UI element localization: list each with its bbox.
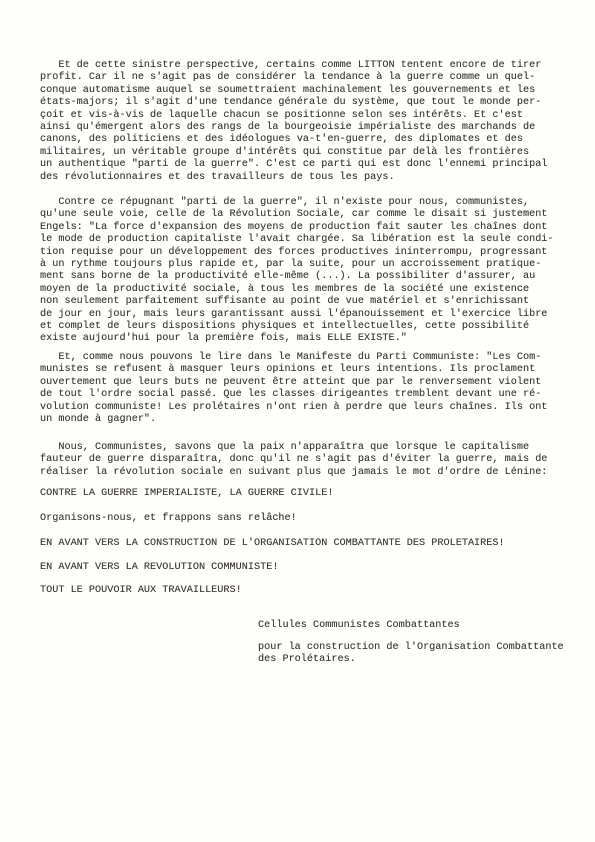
slogan-communist-revolution: EN AVANT VERS LA REVOLUTION COMMUNISTE! — [40, 562, 278, 574]
paragraph-manifesto-quote: Et, comme nous pouvons le lire dans le M… — [40, 352, 547, 426]
signature-organization: Cellules Communistes Combattantes — [258, 620, 460, 632]
slogan-civil-war: CONTRE LA GUERRE IMPERIALISTE, LA GUERRE… — [40, 488, 333, 500]
slogan-organize: Organisons-nous, et frappons sans relâch… — [40, 513, 297, 525]
paragraph-conclusion: Nous, Communistes, savons que la paix n'… — [40, 442, 547, 479]
paragraph-war-party: Et de cette sinistre perspective, certai… — [40, 60, 547, 184]
paragraph-engels-quote: Contre ce répugnant "parti de la guerre"… — [40, 197, 554, 346]
document-page: Et de cette sinistre perspective, certai… — [0, 0, 595, 842]
slogan-combatant-organisation: EN AVANT VERS LA CONSTRUCTION DE L'ORGAN… — [40, 538, 505, 550]
slogan-power-to-workers: TOUT LE POUVOIR AUX TRAVAILLEURS! — [40, 585, 242, 597]
signature-subtitle: pour la construction de l'Organisation C… — [258, 642, 564, 667]
